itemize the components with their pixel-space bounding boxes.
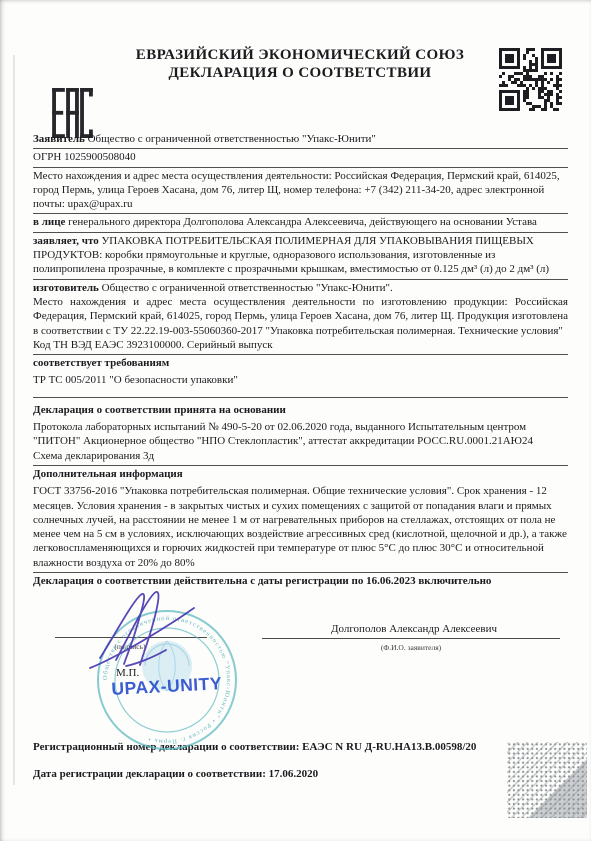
- title-union: ЕВРАЗИЙСКИЙ ЭКОНОМИЧЕСКИЙ СОЮЗ: [70, 47, 530, 65]
- applicant-label: Заявитель: [33, 133, 85, 145]
- in-person-label: в лице: [33, 216, 65, 228]
- title-declaration: ДЕКЛАРАЦИЯ О СООТВЕТСТВИИ: [70, 65, 530, 83]
- signer-name-caption: (Ф.И.О. заявителя): [262, 641, 560, 655]
- manufacturer-address: Место нахождения и адрес места осуществл…: [33, 295, 568, 338]
- basis-value: Протокола лабораторных испытаний № 490-5…: [33, 420, 568, 449]
- complies-value: ТР ТС 005/2011 "О безопасности упаковки": [33, 372, 568, 397]
- in-person-row: в лице генерального директора Долгополов…: [33, 214, 568, 232]
- declares-value: УПАКОВКА ПОТРЕБИТЕЛЬСКАЯ ПОЛИМЕРНАЯ ДЛЯ …: [33, 235, 549, 276]
- registration-date-line: Дата регистрации декларации о соответств…: [33, 767, 318, 781]
- basis-row: Протокола лабораторных испытаний № 490-5…: [33, 419, 568, 466]
- signer-name: Долгополов Александр Алексеевич: [268, 622, 560, 636]
- manufacturer-label: изготовитель: [33, 282, 99, 294]
- manufacturer-value: Общество с ограниченной ответственностью…: [102, 282, 393, 294]
- document-title: ЕВРАЗИЙСКИЙ ЭКОНОМИЧЕСКИЙ СОЮЗ ДЕКЛАРАЦИ…: [70, 47, 530, 82]
- registration-date-label: Дата регистрации декларации о соответств…: [33, 768, 266, 780]
- registration-date-value: 17.06.2020: [269, 768, 319, 780]
- handwritten-signature: [82, 580, 207, 679]
- manufacturer-row: изготовитель Общество с ограниченной отв…: [33, 280, 568, 355]
- basis-heading: Декларация о соответствии принята на осн…: [33, 402, 568, 419]
- complies-heading: соответствует требованиям: [33, 355, 568, 372]
- registration-number-value: ЕАЭС N RU Д-RU.НА13.В.00598/20: [302, 741, 476, 753]
- qr-code-icon: [499, 48, 562, 111]
- declares-row: заявляет, что УПАКОВКА ПОТРЕБИТЕЛЬСКАЯ П…: [33, 233, 568, 280]
- applicant-value: Общество с ограниченной ответственностью…: [88, 133, 376, 145]
- scan-artifact-halftone-square: [507, 742, 587, 818]
- additional-info: ГОСТ 33756-2016 "Упаковка потребительска…: [33, 483, 568, 573]
- manufacturer-line: изготовитель Общество с ограниченной отв…: [33, 281, 568, 295]
- applicant-address-row: Место нахождения и адрес места осуществл…: [33, 168, 568, 215]
- applicant-row: Заявитель Общество с ограниченной ответс…: [33, 131, 568, 149]
- stamp-place-label: М.П.: [116, 666, 139, 680]
- ogrn-row: ОГРН 1025900508040: [33, 149, 568, 167]
- declaration-scheme: Схема декларирования 3д: [33, 449, 568, 463]
- declaration-document: ЕВРАЗИЙСКИЙ ЭКОНОМИЧЕСКИЙ СОЮЗ ДЕКЛАРАЦИ…: [0, 0, 591, 841]
- additional-heading: Дополнительная информация: [33, 466, 568, 483]
- document-body: Заявитель Общество с ограниченной ответс…: [33, 131, 568, 590]
- declares-label: заявляет, что: [33, 235, 99, 247]
- signer-name-line: [262, 638, 560, 639]
- in-person-value: генерального директора Долгополова Алекс…: [68, 216, 537, 228]
- tnved-code: Код ТН ВЭД ЕАЭС 3923100000. Серийный вып…: [33, 338, 568, 352]
- scan-artifact-streak: [13, 55, 15, 785]
